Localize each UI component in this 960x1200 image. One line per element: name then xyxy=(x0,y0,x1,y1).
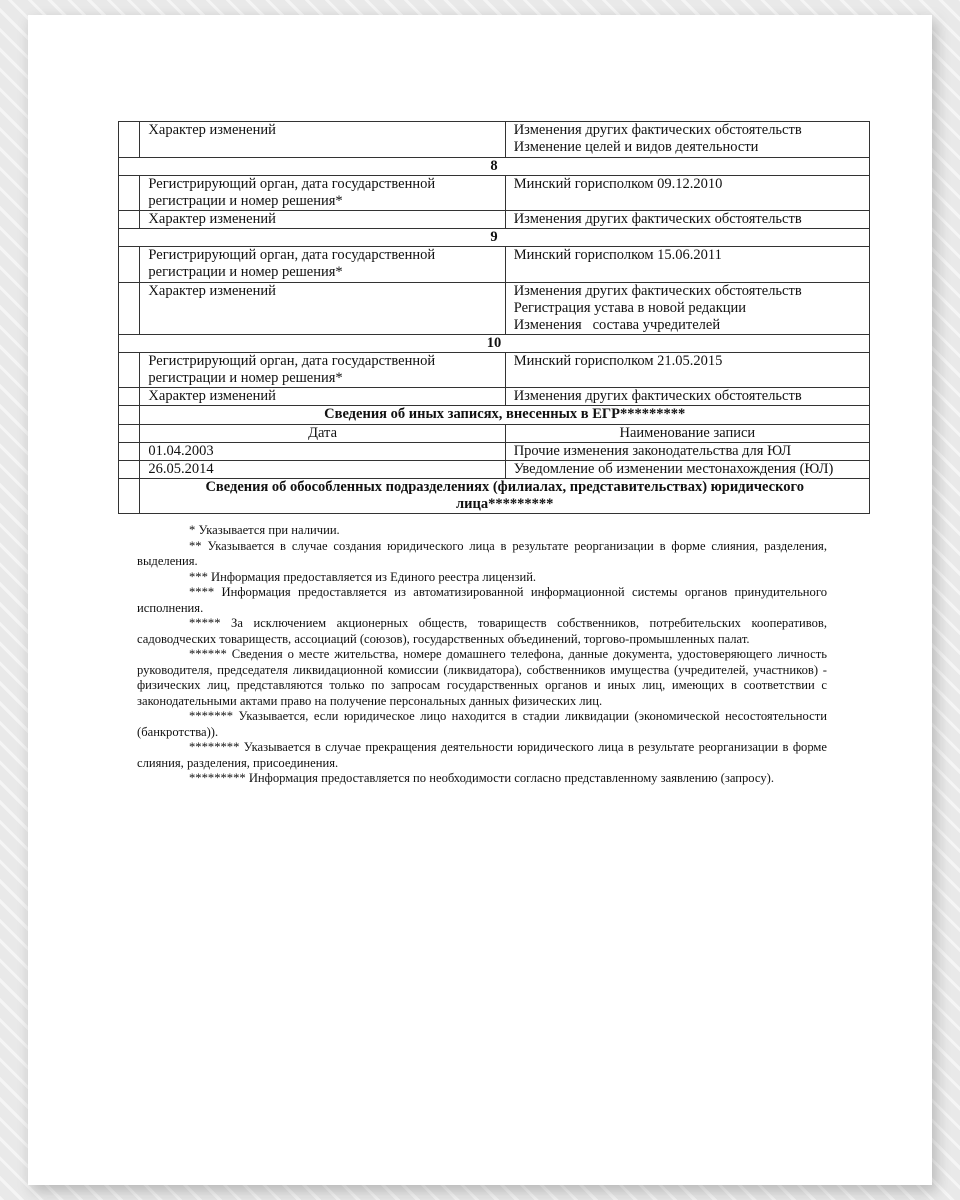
entry-number: 9 xyxy=(119,229,870,247)
footnote: ** Указывается в случае создания юридиче… xyxy=(137,539,827,570)
changes-value: Изменения других фактических обстоятельс… xyxy=(505,283,869,335)
blank-cell xyxy=(119,247,140,283)
table-row: Характер изменений Изменения других факт… xyxy=(119,388,870,406)
column-header-record-name: Наименование записи xyxy=(505,425,869,443)
authority-label: Регистрирующий орган, дата государственн… xyxy=(140,353,505,388)
entry-number-row: 8 xyxy=(119,158,870,176)
record-date: 26.05.2014 xyxy=(140,461,505,479)
entry-number-row: 10 xyxy=(119,335,870,353)
footnote: *** Информация предоставляется из Единог… xyxy=(137,570,827,586)
record-date: 01.04.2003 xyxy=(140,443,505,461)
changes-label: Характер изменений xyxy=(140,388,505,406)
column-header-row: Дата Наименование записи xyxy=(119,425,870,443)
footnote: ******** Указывается в случае прекращени… xyxy=(137,740,827,771)
table-row: 26.05.2014 Уведомление об изменении мест… xyxy=(119,461,870,479)
document-page: Характер изменений Изменения других факт… xyxy=(28,15,932,1185)
branches-title: Сведения об обособленных подразделениях … xyxy=(140,479,870,514)
changes-value: Изменения других фактических обстоятельс… xyxy=(505,122,869,158)
blank-cell xyxy=(119,388,140,406)
blank-cell xyxy=(119,211,140,229)
section-header-row: Сведения об иных записях, внесенных в ЕГ… xyxy=(119,406,870,425)
table-row: Характер изменений Изменения других факт… xyxy=(119,122,870,158)
footnote: ******* Указывается, если юридическое ли… xyxy=(137,709,827,740)
changes-value: Изменения других фактических обстоятельс… xyxy=(505,211,869,229)
column-header-date: Дата xyxy=(140,425,505,443)
blank-cell xyxy=(119,443,140,461)
footnote: ****** Сведения о месте жительства, номе… xyxy=(137,647,827,709)
registration-table: Характер изменений Изменения других факт… xyxy=(118,121,870,514)
record-name: Уведомление об изменении местонахождения… xyxy=(505,461,869,479)
changes-label: Характер изменений xyxy=(140,211,505,229)
entry-number-row: 9 xyxy=(119,229,870,247)
changes-label: Характер изменений xyxy=(140,283,505,335)
record-name: Прочие изменения законодательства для ЮЛ xyxy=(505,443,869,461)
table-row: Характер изменений Изменения других факт… xyxy=(119,211,870,229)
authority-value: Минский горисполком 21.05.2015 xyxy=(505,353,869,388)
table-row: Регистрирующий орган, дата государственн… xyxy=(119,176,870,211)
entry-number: 8 xyxy=(119,158,870,176)
authority-label: Регистрирующий орган, дата государственн… xyxy=(140,247,505,283)
table-row: Регистрирующий орган, дата государственн… xyxy=(119,247,870,283)
footnote: ***** За исключением акционерных обществ… xyxy=(137,616,827,647)
other-records-title: Сведения об иных записях, внесенных в ЕГ… xyxy=(140,406,870,425)
changes-value: Изменения других фактических обстоятельс… xyxy=(505,388,869,406)
blank-cell xyxy=(119,479,140,514)
table-row: 01.04.2003 Прочие изменения законодатель… xyxy=(119,443,870,461)
blank-cell xyxy=(119,283,140,335)
authority-label: Регистрирующий орган, дата государственн… xyxy=(140,176,505,211)
blank-cell xyxy=(119,425,140,443)
blank-cell xyxy=(119,406,140,425)
footnote: **** Информация предоставляется из автом… xyxy=(137,585,827,616)
section-header-row: Сведения об обособленных подразделениях … xyxy=(119,479,870,514)
entry-number: 10 xyxy=(119,335,870,353)
blank-cell xyxy=(119,461,140,479)
blank-cell xyxy=(119,122,140,158)
authority-value: Минский горисполком 09.12.2010 xyxy=(505,176,869,211)
footnotes: * Указывается при наличии. ** Указываетс… xyxy=(137,523,827,787)
blank-cell xyxy=(119,176,140,211)
footnote: ********* Информация предоставляется по … xyxy=(137,771,827,787)
changes-label: Характер изменений xyxy=(140,122,505,158)
blank-cell xyxy=(119,353,140,388)
authority-value: Минский горисполком 15.06.2011 xyxy=(505,247,869,283)
footnote: * Указывается при наличии. xyxy=(137,523,827,539)
table-row: Характер изменений Изменения других факт… xyxy=(119,283,870,335)
table-row: Регистрирующий орган, дата государственн… xyxy=(119,353,870,388)
